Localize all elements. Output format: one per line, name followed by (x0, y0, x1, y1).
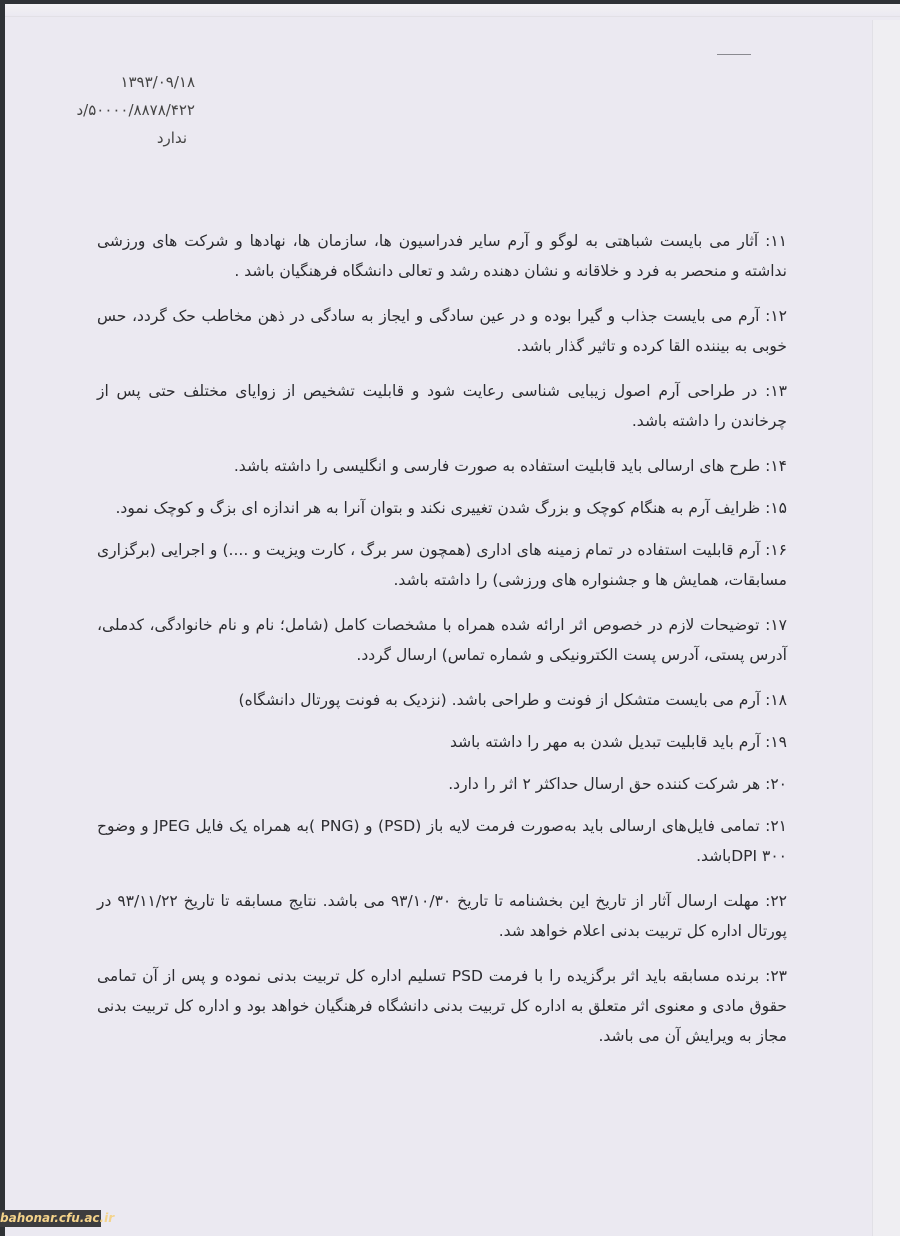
rule-item-22: ۲۲: مهلت ارسال آثار از تاریخ این بخشنامه… (97, 886, 787, 946)
rule-item-21: ۲۱: تمامی فایل‌های ارسالی باید به‌صورت ف… (97, 811, 787, 871)
letter-attachment: ندارد (65, 124, 195, 152)
rule-item-17: ۱۷: توضیحات لازم در خصوص اثر ارائه شده ه… (97, 610, 787, 670)
rule-item-20: ۲۰: هر شرکت کننده حق ارسال حداکثر ۲ اثر … (97, 769, 787, 799)
rule-item-16: ۱۶: آرم قابلیت استفاده در تمام زمینه های… (97, 535, 787, 595)
rule-item-18: ۱۸: آرم می بایست متشکل از فونت و طراحی ب… (97, 685, 787, 715)
rule-item-23: ۲۳: برنده مسابقه باید اثر برگزیده را با … (97, 961, 787, 1051)
rule-item-12: ۱۲: آرم می بایست جذاب و گیرا بوده و در ع… (97, 301, 787, 361)
rule-item-19: ۱۹: آرم باید قابلیت تبدیل شدن به مهر را … (97, 727, 787, 757)
rule-item-11: ۱۱: آثار می بایست شباهتی به لوگو و آرم س… (97, 226, 787, 286)
rule-item-14: ۱۴: طرح های ارسالی باید قابلیت استفاده ب… (97, 451, 787, 481)
scanned-document-page: ۱۳۹۳/۰۹/۱۸ ۵۰۰۰۰/۸۸۷۸/۴۲۲/د ندارد ۱۱: آث… (5, 4, 900, 1236)
site-watermark: bahonar.cfu.ac.ir (0, 1210, 101, 1227)
rule-item-15: ۱۵: ظرایف آرم به هنگام کوچک و بزرگ شدن ت… (97, 493, 787, 523)
rules-list: ۱۱: آثار می بایست شباهتی به لوگو و آرم س… (97, 226, 787, 1066)
letter-header-meta: ۱۳۹۳/۰۹/۱۸ ۵۰۰۰۰/۸۸۷۸/۴۲۲/د ندارد (65, 68, 195, 152)
page-edge-strip (872, 20, 900, 1236)
rule-item-13: ۱۳: در طراحی آرم اصول زیبایی شناسی رعایت… (97, 376, 787, 436)
letter-date: ۱۳۹۳/۰۹/۱۸ (65, 68, 195, 96)
letter-number: ۵۰۰۰۰/۸۸۷۸/۴۲۲/د (65, 96, 195, 124)
pen-mark (717, 54, 751, 55)
